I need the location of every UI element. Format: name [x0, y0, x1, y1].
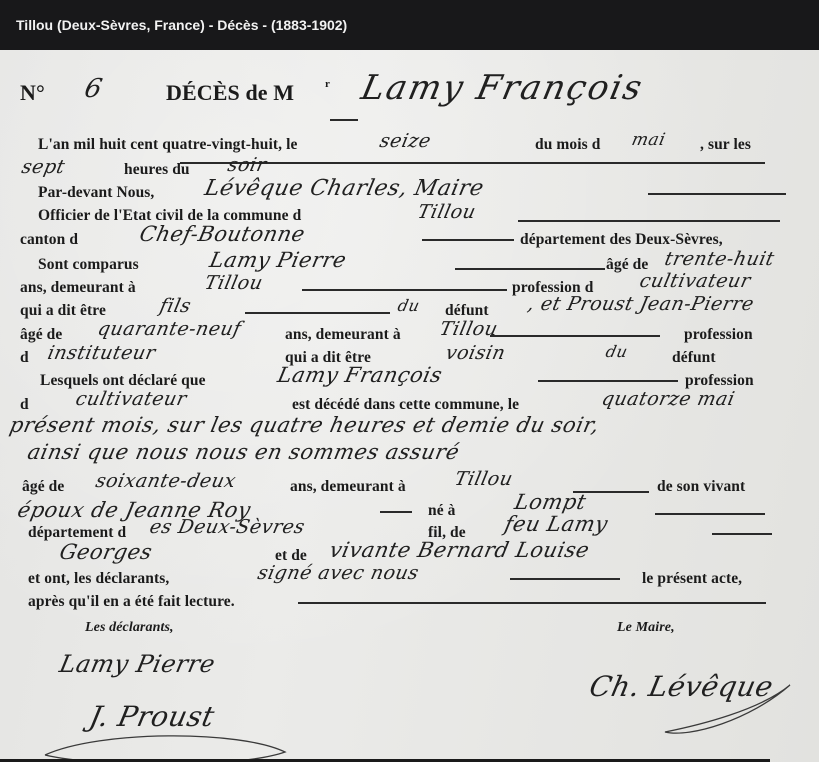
- residence-label: ans, demeurant à: [285, 326, 401, 344]
- signature-flourish: [40, 730, 300, 762]
- declarant-2-relation: voisin: [444, 342, 508, 364]
- window-title: Tillou (Deux-Sèvres, France) - Décès - (…: [16, 17, 347, 33]
- residence-label-2: ans, demeurant à: [290, 478, 406, 496]
- du: du: [396, 296, 422, 315]
- defunt-label-2: défunt: [672, 349, 716, 367]
- declarant-1-signature: Lamy Pierre: [57, 650, 218, 678]
- birth-department: es Deux-Sèvres: [148, 516, 307, 538]
- death-date: quatorze mai: [600, 388, 737, 410]
- declarant-2-profession: instituteur: [46, 342, 158, 364]
- department-text: département des Deux-Sèvres,: [520, 231, 723, 249]
- line-6-text: Sont comparus: [38, 256, 139, 274]
- line-1-text: L'an mil huit cent quatre-vingt-huit, le: [38, 136, 297, 154]
- rule: [330, 119, 358, 121]
- declarant-2-signature: J. Proust: [86, 700, 217, 733]
- profession-label-2: profession: [684, 326, 753, 344]
- signed-with-us: signé avec nous: [256, 562, 421, 584]
- deceased-name-body: Lamy François: [275, 363, 444, 387]
- declarant-1-residence: Tillou: [203, 272, 265, 294]
- line-5-text: canton d: [20, 231, 78, 249]
- verification-text: ainsi que nous nous en sommes assuré: [25, 440, 461, 464]
- line-7-text: ans, demeurant à: [20, 279, 136, 297]
- line-20-text: après qu'il en a été fait lecture.: [28, 593, 235, 611]
- commune: Tillou: [416, 201, 478, 223]
- line-15-text: âgé de: [22, 478, 64, 496]
- mayor-flourish: [660, 680, 800, 740]
- window-title-bar: Tillou (Deux-Sèvres, France) - Décès - (…: [0, 0, 819, 50]
- birth-place: Lompt: [512, 490, 588, 514]
- rule: [655, 513, 765, 515]
- line-1-month-label: du mois d: [535, 136, 601, 154]
- present-act-label: le présent acte,: [642, 570, 742, 588]
- father-first-name: Georges: [57, 540, 154, 564]
- declarant-1-relation: fils: [158, 295, 194, 317]
- rule: [490, 335, 660, 337]
- rule: [510, 578, 620, 580]
- rule: [648, 193, 786, 195]
- line-3-text: Par-devant Nous,: [38, 184, 154, 202]
- line-8-text: qui a dit être: [20, 302, 106, 320]
- rule: [422, 239, 514, 241]
- death-record-month: mai: [630, 130, 667, 150]
- record-number-label: N°: [20, 80, 45, 106]
- declarant-2-name: , et Proust Jean-Pierre: [526, 293, 757, 315]
- hour: sept: [20, 156, 67, 178]
- rule: [302, 289, 507, 291]
- deceased-age: soixante-deux: [94, 470, 238, 492]
- declarant-1-profession: cultivateur: [638, 270, 753, 292]
- rule: [245, 312, 390, 314]
- officer-name: Lévêque Charles, Maire: [202, 176, 486, 201]
- scanned-death-record: N° 6 DÉCÈS de M r Lamy François L'an mil…: [0, 50, 819, 762]
- declarant-1-name: Lamy Pierre: [207, 248, 348, 272]
- canton: Chef-Boutonne: [137, 222, 307, 246]
- deceased-profession: cultivateur: [74, 388, 189, 410]
- line-2-text: heures du: [124, 161, 190, 179]
- death-time-text: présent mois, sur les quatre heures et d…: [7, 413, 601, 437]
- rule: [518, 220, 780, 222]
- mayor-label: Le Maire,: [617, 620, 675, 636]
- deceased-name: Lamy François: [358, 68, 647, 108]
- record-heading-sup: r: [325, 78, 330, 90]
- declarant-1-age: trente-huit: [663, 248, 777, 270]
- death-place-text: est décédé dans cette commune, le: [292, 396, 519, 414]
- line-10-text: d: [20, 349, 29, 367]
- death-record-day: seize: [378, 130, 434, 152]
- rule: [712, 533, 772, 535]
- rule: [180, 162, 765, 164]
- declarant-2-age: quarante-neuf: [96, 318, 244, 340]
- line-12-text: d: [20, 396, 29, 414]
- du-2: du: [604, 342, 630, 361]
- period: soir: [226, 154, 269, 176]
- rule: [380, 511, 412, 513]
- line-19-text: et ont, les déclarants,: [28, 570, 169, 588]
- father: feu Lamy: [502, 512, 610, 536]
- born-label: né à: [428, 502, 456, 520]
- deceased-residence: Tillou: [453, 468, 515, 490]
- rule: [538, 380, 678, 382]
- rule: [455, 268, 605, 270]
- declarants-label: Les déclarants,: [85, 620, 174, 636]
- mother: vivante Bernard Louise: [327, 538, 591, 562]
- rule: [298, 602, 766, 604]
- vivant-label: de son vivant: [657, 478, 745, 496]
- line-1-end: , sur les: [700, 136, 751, 154]
- record-heading: DÉCÈS de M: [166, 80, 294, 106]
- record-number: 6: [82, 74, 105, 104]
